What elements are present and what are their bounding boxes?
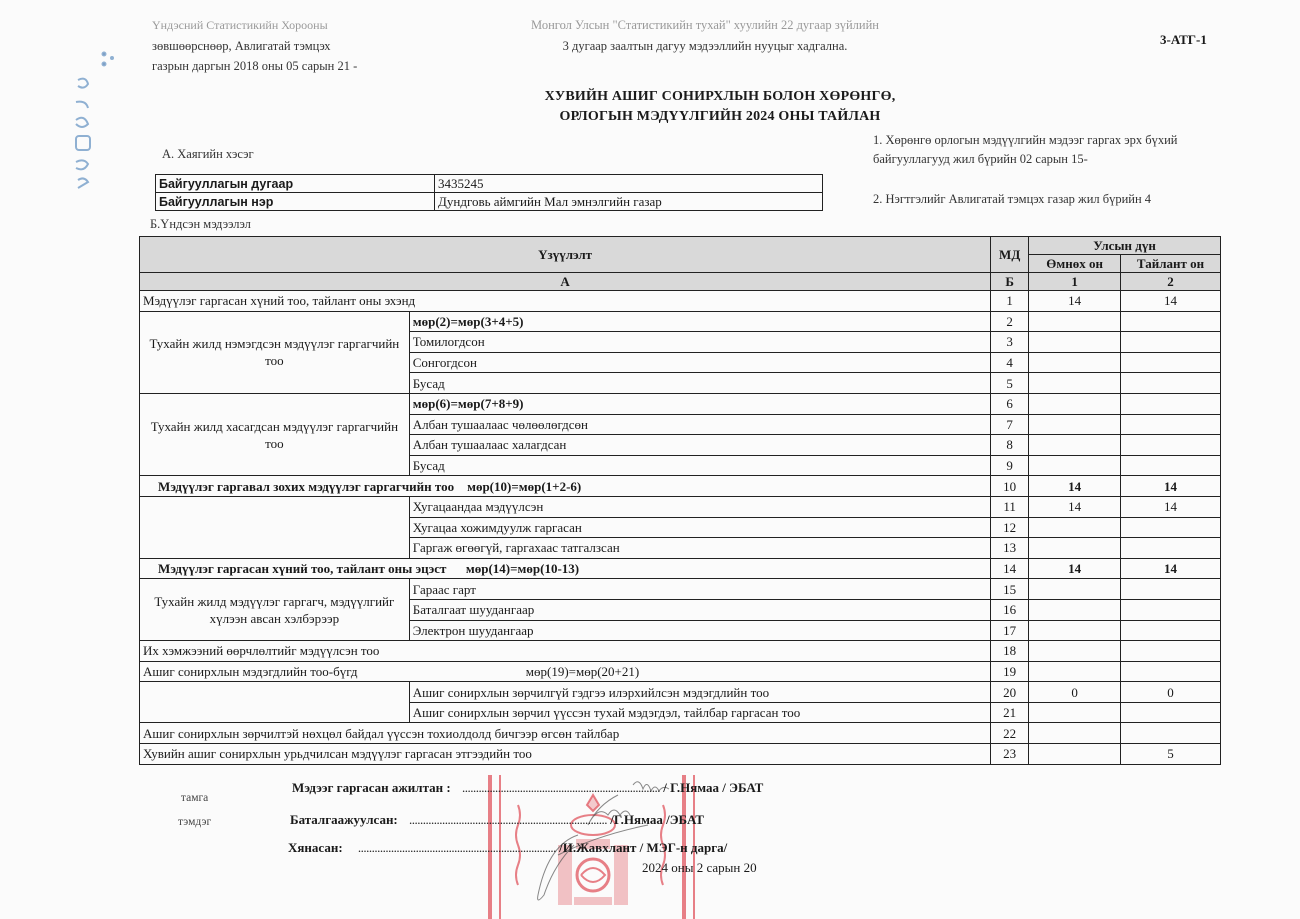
- row-label: Хувийн ашиг сонирхлын урьдчилсан мэдүүлэ…: [140, 744, 991, 765]
- row-prev-value: [1029, 455, 1121, 476]
- verified-by-name: /Г.Нямаа /ЭБАТ: [610, 812, 704, 827]
- row-code: 17: [991, 620, 1029, 641]
- row-prev-value: [1029, 599, 1121, 620]
- row-curr-value: [1121, 620, 1221, 641]
- row-prev-value: [1029, 373, 1121, 394]
- code-header: МД: [991, 237, 1029, 273]
- row-label: Албан тушаалаас чөлөөлөгдсөн: [409, 414, 990, 435]
- row-label: Гараас гарт: [409, 579, 990, 600]
- row-prev-value: 14: [1029, 496, 1121, 517]
- group-removed-label: Тухайн жилд хасагдсан мэдүүлэг гаргагчий…: [140, 393, 410, 475]
- title-line-1: ХУВИЙН АШИГ СОНИРХЛЫН БОЛОН ХӨРӨНГӨ,: [480, 87, 960, 107]
- indicator-header: Үзүүлэлт: [140, 237, 991, 273]
- report-year-header: Тайлант он: [1121, 255, 1221, 273]
- col-2-header: 2: [1121, 273, 1221, 291]
- blank-group-cell: [140, 682, 410, 723]
- row-label: Албан тушаалаас халагдсан: [409, 435, 990, 456]
- row-code: 12: [991, 517, 1029, 538]
- margin-stamp-icon: [66, 50, 116, 210]
- row-prev-value: [1029, 744, 1121, 765]
- table-row: Их хэмжээний өөрчлөлтийг мэдүүлсэн тоо 1…: [140, 641, 1221, 662]
- row-label: Ашиг сонирхлын зөрчилтэй нөхцөл байдал ү…: [140, 723, 991, 744]
- reviewed-by-label: Хянасан:: [288, 840, 343, 855]
- row-curr-value: [1121, 723, 1221, 744]
- signature-dots: ........................................…: [358, 840, 556, 855]
- row-code: 6: [991, 393, 1029, 414]
- header-row-3: А Б 1 2: [140, 273, 1221, 291]
- row-label-with-formula: Ашиг сонирхлын мэдэгдлийн тоо-бүгд мөр(1…: [140, 661, 991, 682]
- stamp-label: тамга тэмдэг: [178, 786, 211, 834]
- row-prev-value: [1029, 661, 1121, 682]
- table-row: Хувийн ашиг сонирхлын урьдчилсан мэдүүлэ…: [140, 744, 1221, 765]
- row-code: 2: [991, 311, 1029, 332]
- row-curr-value: [1121, 435, 1221, 456]
- confidentiality-line-2: 3 дугаар заалтын дагуу мэдээллийн нууцыг…: [470, 36, 940, 56]
- row-code: 9: [991, 455, 1029, 476]
- row-prev-value: [1029, 723, 1121, 744]
- section-a-label: А. Хаягийн хэсэг: [162, 147, 254, 162]
- row-prev-value: [1029, 393, 1121, 414]
- signature-dots: ........................................…: [462, 780, 660, 795]
- row-curr-value: [1121, 538, 1221, 559]
- row-code: 16: [991, 599, 1029, 620]
- page-title: ХУВИЙН АШИГ СОНИРХЛЫН БОЛОН ХӨРӨНГӨ, ОРЛ…: [480, 87, 960, 127]
- row-code: 4: [991, 352, 1029, 373]
- row-code: 23: [991, 744, 1029, 765]
- table-row: Тухайн жилд хасагдсан мэдүүлэг гаргагчий…: [140, 393, 1221, 414]
- prepared-by-line: Мэдээг гаргасан ажилтан : ..............…: [292, 780, 763, 796]
- header-row-1: Үзүүлэлт МД Улсын дүн: [140, 237, 1221, 255]
- row-curr-value: [1121, 517, 1221, 538]
- row-curr-value: [1121, 311, 1221, 332]
- row-label: Сонгогдсон: [409, 352, 990, 373]
- row-label: Баталгаат шуудангаар: [409, 599, 990, 620]
- org-number-label: Байгууллагын дугаар: [156, 175, 435, 193]
- row-label: Ашиг сонирхлын зөрчил үүссэн тухай мэдэг…: [409, 702, 990, 723]
- table-row: Ашиг сонирхлын мэдэгдлийн тоо-бүгд мөр(1…: [140, 661, 1221, 682]
- table-row: Хугацаандаа мэдүүлсэн 11 14 14: [140, 496, 1221, 517]
- row-label: Мэдүүлэг гаргавал зохих мэдүүлэг гаргагч…: [140, 476, 991, 497]
- prepared-by-name: / Г.Нямаа / ЭБАТ: [663, 780, 763, 795]
- approval-note: Үндэсний Статистикийн Хорооны зөвшөөрснө…: [152, 20, 452, 76]
- approval-line-2: зөвшөөрснөөр, Авлигатай тэмцэх: [152, 36, 452, 56]
- table-row: Мэдүүлэг гаргавал зохих мэдүүлэг гаргагч…: [140, 476, 1221, 497]
- row-label: Мэдүүлэг гаргасан хүний тоо, тайлант оны…: [140, 558, 991, 579]
- row-prev-value: [1029, 435, 1121, 456]
- row-curr-value: [1121, 332, 1221, 353]
- row-curr-value: 14: [1121, 496, 1221, 517]
- row-curr-value: 14: [1121, 476, 1221, 497]
- row-code: 21: [991, 702, 1029, 723]
- row-code: 10: [991, 476, 1029, 497]
- org-number-value: 3435245: [435, 175, 823, 193]
- row-label: Бусад: [409, 373, 990, 394]
- row-prev-value: 14: [1029, 476, 1121, 497]
- note-2: 2. Нэгтгэлийг Авлигатай тэмцэх газар жил…: [873, 190, 1218, 209]
- row-prev-value: [1029, 311, 1121, 332]
- title-line-2: ОРЛОГЫН МЭДҮҮЛГИЙН 2024 ОНЫ ТАЙЛАН: [480, 107, 960, 127]
- org-name-value: Дундговь аймгийн Мал эмнэлгийн газар: [435, 193, 823, 211]
- table-row: Мэдүүлэг гаргасан хүний тоо, тайлант оны…: [140, 291, 1221, 312]
- org-number-row: Байгууллагын дугаар 3435245: [156, 175, 823, 193]
- col-a-header: А: [140, 273, 991, 291]
- prepared-by-label: Мэдээг гаргасан ажилтан :: [292, 780, 451, 795]
- submission-notes: 1. Хөрөнгө орлогын мэдүүлгийн мэдээг гар…: [873, 131, 1218, 209]
- row-label: Томилогдсон: [409, 332, 990, 353]
- org-name-row: Байгууллагын нэр Дундговь аймгийн Мал эм…: [156, 193, 823, 211]
- main-data-table: Үзүүлэлт МД Улсын дүн Өмнөх он Тайлант о…: [139, 236, 1221, 765]
- row-code: 5: [991, 373, 1029, 394]
- row-prev-value: [1029, 414, 1121, 435]
- row-curr-value: 5: [1121, 744, 1221, 765]
- note-1: 1. Хөрөнгө орлогын мэдүүлгийн мэдээг гар…: [873, 131, 1218, 169]
- table-row: Ашиг сонирхлын зөрчилтэй нөхцөл байдал ү…: [140, 723, 1221, 744]
- row-prev-value: 14: [1029, 558, 1121, 579]
- row-curr-value: 14: [1121, 558, 1221, 579]
- row-curr-value: 14: [1121, 291, 1221, 312]
- row-curr-value: [1121, 393, 1221, 414]
- group-added-label: Тухайн жилд нэмэгдсэн мэдүүлэг гаргагчий…: [140, 311, 410, 393]
- row-label: Ашиг сонирхлын мэдэгдлийн тоо-бүгд: [143, 664, 358, 679]
- row-code: 1: [991, 291, 1029, 312]
- row-curr-value: [1121, 455, 1221, 476]
- org-name-label: Байгууллагын нэр: [156, 193, 435, 211]
- row-curr-value: [1121, 414, 1221, 435]
- section-b-label: Б.Үндсэн мэдээлэл: [150, 217, 251, 232]
- row-label: мөр(6)=мөр(7+8+9): [409, 393, 990, 414]
- confidentiality-line-1: Монгол Улсын "Статистикийн тухай" хуулий…: [470, 20, 940, 36]
- row-label: Гаргаж өгөөгүй, гаргахаас татгалзсан: [409, 538, 990, 559]
- reviewed-by-name: /И.Жавхлант / МЭГ-н дарга/: [559, 840, 727, 855]
- row-curr-value: 0: [1121, 682, 1221, 703]
- row-label: Ашиг сонирхлын зөрчилгүй гэдгээ илэрхийл…: [409, 682, 990, 703]
- row-prev-value: [1029, 538, 1121, 559]
- row-prev-value: [1029, 332, 1121, 353]
- row-code: 13: [991, 538, 1029, 559]
- table-row: Мэдүүлэг гаргасан хүний тоо, тайлант оны…: [140, 558, 1221, 579]
- row-code: 11: [991, 496, 1029, 517]
- reviewed-by-line: Хянасан: ...............................…: [288, 840, 727, 856]
- verified-by-line: Баталгаажуулсан: .......................…: [290, 812, 704, 828]
- row-label: мөр(2)=мөр(3+4+5): [409, 311, 990, 332]
- blank-group-cell: [140, 496, 410, 558]
- approval-line-3: газрын даргын 2018 оны 05 сарын 21 -: [152, 56, 452, 76]
- row-prev-value: [1029, 579, 1121, 600]
- row-label: Хугацаандаа мэдүүлсэн: [409, 496, 990, 517]
- row-label: Их хэмжээний өөрчлөлтийг мэдүүлсэн тоо: [140, 641, 991, 662]
- table-row: Тухайн жилд мэдүүлэг гаргагч, мэдүүлгийг…: [140, 579, 1221, 600]
- stamp-label-line-1: тамга: [178, 786, 211, 810]
- row-code: 7: [991, 414, 1029, 435]
- row-label: Бусад: [409, 455, 990, 476]
- row-curr-value: [1121, 702, 1221, 723]
- row-code: 3: [991, 332, 1029, 353]
- table-row: Тухайн жилд нэмэгдсэн мэдүүлэг гаргагчий…: [140, 311, 1221, 332]
- prev-year-header: Өмнөх он: [1029, 255, 1121, 273]
- row-label: Хугацаа хожимдуулж гаргасан: [409, 517, 990, 538]
- row-prev-value: [1029, 641, 1121, 662]
- approval-line-1: Үндэсний Статистикийн Хорооны: [152, 20, 452, 36]
- row-prev-value: [1029, 620, 1121, 641]
- row-code: 15: [991, 579, 1029, 600]
- stamp-label-line-2: тэмдэг: [178, 810, 211, 834]
- verified-by-label: Баталгаажуулсан:: [290, 812, 398, 827]
- row-code: 20: [991, 682, 1029, 703]
- national-total-header: Улсын дүн: [1029, 237, 1221, 255]
- row-code: 18: [991, 641, 1029, 662]
- confidentiality-note: Монгол Улсын "Статистикийн тухай" хуулий…: [470, 20, 940, 56]
- organization-table: Байгууллагын дугаар 3435245 Байгууллагын…: [155, 174, 823, 211]
- table-row: Ашиг сонирхлын зөрчилгүй гэдгээ илэрхийл…: [140, 682, 1221, 703]
- row-prev-value: [1029, 352, 1121, 373]
- col-1-header: 1: [1029, 273, 1121, 291]
- row-prev-value: [1029, 702, 1121, 723]
- report-date: 2024 оны 2 сарын 20: [642, 860, 757, 876]
- row-curr-value: [1121, 661, 1221, 682]
- row-curr-value: [1121, 599, 1221, 620]
- row-code: 8: [991, 435, 1029, 456]
- row-curr-value: [1121, 352, 1221, 373]
- row-curr-value: [1121, 641, 1221, 662]
- row-label: Электрон шуудангаар: [409, 620, 990, 641]
- row-prev-value: 14: [1029, 291, 1121, 312]
- row-formula: мөр(19)=мөр(20+21): [526, 663, 639, 680]
- signature-dots: ........................................…: [409, 812, 607, 827]
- row-prev-value: [1029, 517, 1121, 538]
- row-label: Мэдүүлэг гаргасан хүний тоо, тайлант оны…: [140, 291, 991, 312]
- col-b-header: Б: [991, 273, 1029, 291]
- form-code: 3-АТГ-1: [1160, 32, 1207, 48]
- row-code: 14: [991, 558, 1029, 579]
- row-curr-value: [1121, 579, 1221, 600]
- row-prev-value: 0: [1029, 682, 1121, 703]
- group-received-by-label: Тухайн жилд мэдүүлэг гаргагч, мэдүүлгийг…: [140, 579, 410, 641]
- row-code: 22: [991, 723, 1029, 744]
- row-code: 19: [991, 661, 1029, 682]
- row-curr-value: [1121, 373, 1221, 394]
